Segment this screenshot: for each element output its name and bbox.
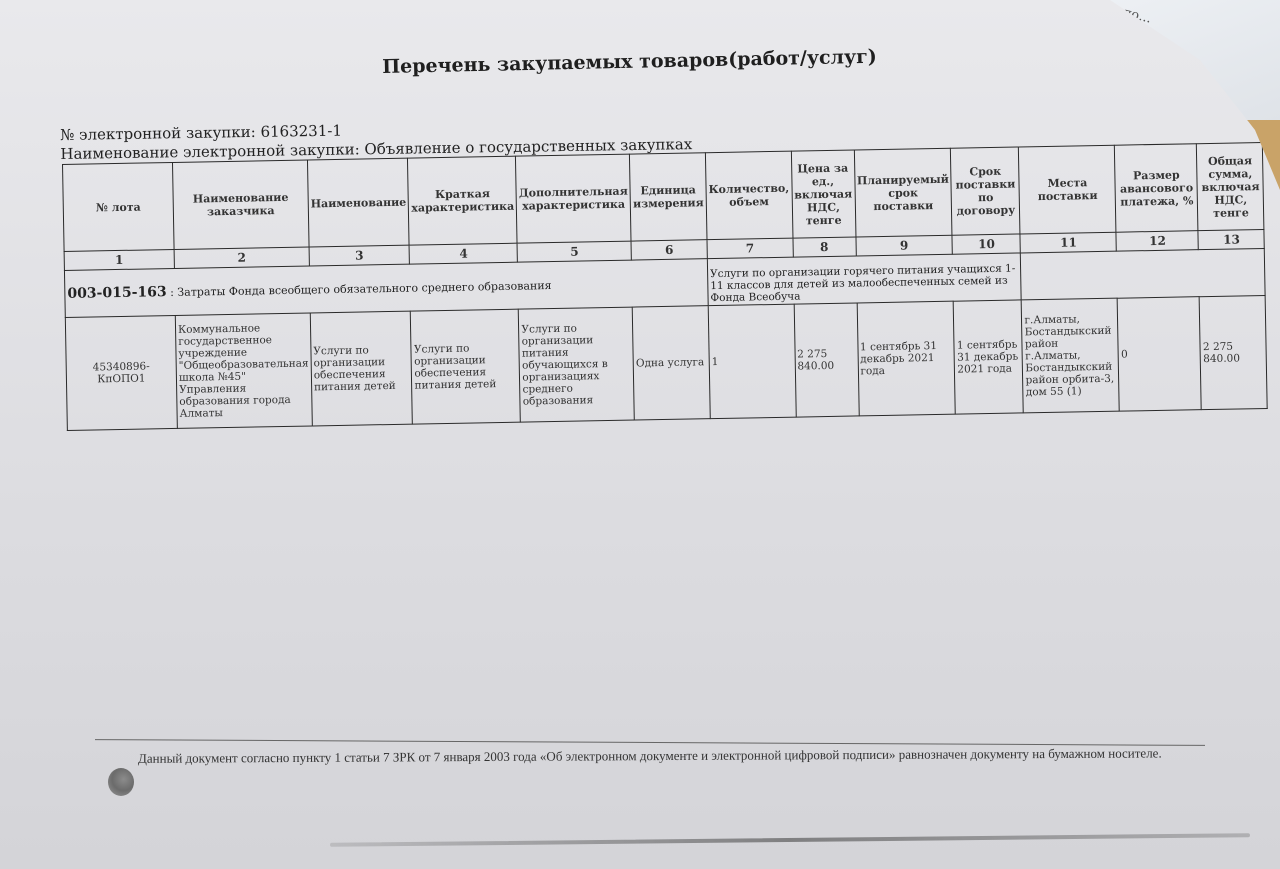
paper-fold-shadow bbox=[330, 833, 1250, 847]
unit: Одна услуга bbox=[632, 306, 710, 420]
column-header: Размер авансового платежа, % bbox=[1115, 144, 1199, 232]
column-header: Наименование заказчика bbox=[172, 160, 308, 249]
delivery-place: г.Алматы, Бостандыкский район г.Алматы, … bbox=[1022, 298, 1120, 413]
column-header: Места поставки bbox=[1019, 145, 1117, 234]
unit-price: 2 275 840.00 bbox=[794, 303, 859, 417]
column-number: 13 bbox=[1198, 229, 1264, 249]
column-number: 6 bbox=[631, 240, 707, 260]
item-name: Услуги по организации обеспечения питани… bbox=[310, 311, 413, 426]
stamp-icon bbox=[108, 768, 134, 796]
total-amount: 2 275 840.00 bbox=[1200, 295, 1268, 409]
column-header: Единица измерения bbox=[630, 153, 707, 241]
customer-name: Коммунальное государственное учреждение … bbox=[175, 313, 312, 428]
column-header: Планируемый срок поставки bbox=[854, 148, 953, 237]
column-header: Краткая характеристика bbox=[408, 156, 517, 245]
column-number: 11 bbox=[1020, 232, 1116, 253]
table-row: 45340896-КпОПО1 Коммунальное государстве… bbox=[65, 295, 1267, 430]
document-page: Перечень закупаемых товаров(работ/услуг)… bbox=[0, 0, 1280, 869]
column-header: № лота bbox=[63, 162, 175, 251]
procurement-subject: Услуги по организации горячего питания у… bbox=[707, 253, 1021, 306]
column-header: Наименование bbox=[307, 158, 409, 247]
column-number: 9 bbox=[855, 235, 952, 256]
column-header: Срок поставки по договору bbox=[951, 147, 1021, 235]
additional-description: Услуги по организации питания обучающихс… bbox=[519, 307, 635, 422]
budget-code: 003-015-163 bbox=[67, 284, 167, 302]
lot-number: 45340896-КпОПО1 bbox=[65, 315, 177, 430]
column-number: 1 bbox=[64, 249, 174, 270]
column-header: Дополнительная характеристика bbox=[516, 154, 631, 243]
column-number: 2 bbox=[174, 247, 309, 268]
column-header: Количество, объем bbox=[705, 151, 792, 240]
goods-table: № лотаНаименование заказчикаНаименование… bbox=[62, 142, 1268, 431]
advance-percent: 0 bbox=[1118, 297, 1202, 411]
quantity: 1 bbox=[708, 304, 796, 419]
column-number: 3 bbox=[309, 245, 410, 266]
goods-table-wrapper: № лотаНаименование заказчикаНаименование… bbox=[62, 142, 1268, 431]
column-number: 7 bbox=[707, 238, 793, 259]
column-header: Общая сумма, включая НДС, тенге bbox=[1197, 142, 1265, 230]
budget-description: : Затраты Фонда всеобщего обязательного … bbox=[167, 279, 552, 299]
planned-term: 1 сентябрь 31 декабрь 2021 года bbox=[857, 301, 956, 416]
column-number: 10 bbox=[952, 234, 1020, 254]
empty-cell bbox=[1021, 248, 1266, 299]
column-number: 8 bbox=[793, 237, 856, 257]
column-number: 5 bbox=[517, 241, 631, 262]
document-title: Перечень закупаемых товаров(работ/услуг) bbox=[382, 46, 877, 78]
legal-footer: Данный документ согласно пункту 1 статьи… bbox=[138, 745, 1208, 767]
contract-term: 1 сентябрь 31 декабрь 2021 года bbox=[954, 300, 1024, 414]
column-header: Цена за ед., включая НДС, тенге bbox=[791, 150, 856, 238]
footer-divider bbox=[95, 739, 1205, 746]
column-number: 4 bbox=[410, 243, 518, 264]
column-number: 12 bbox=[1116, 231, 1198, 251]
short-description: Услуги по организации обеспечения питани… bbox=[411, 309, 521, 424]
